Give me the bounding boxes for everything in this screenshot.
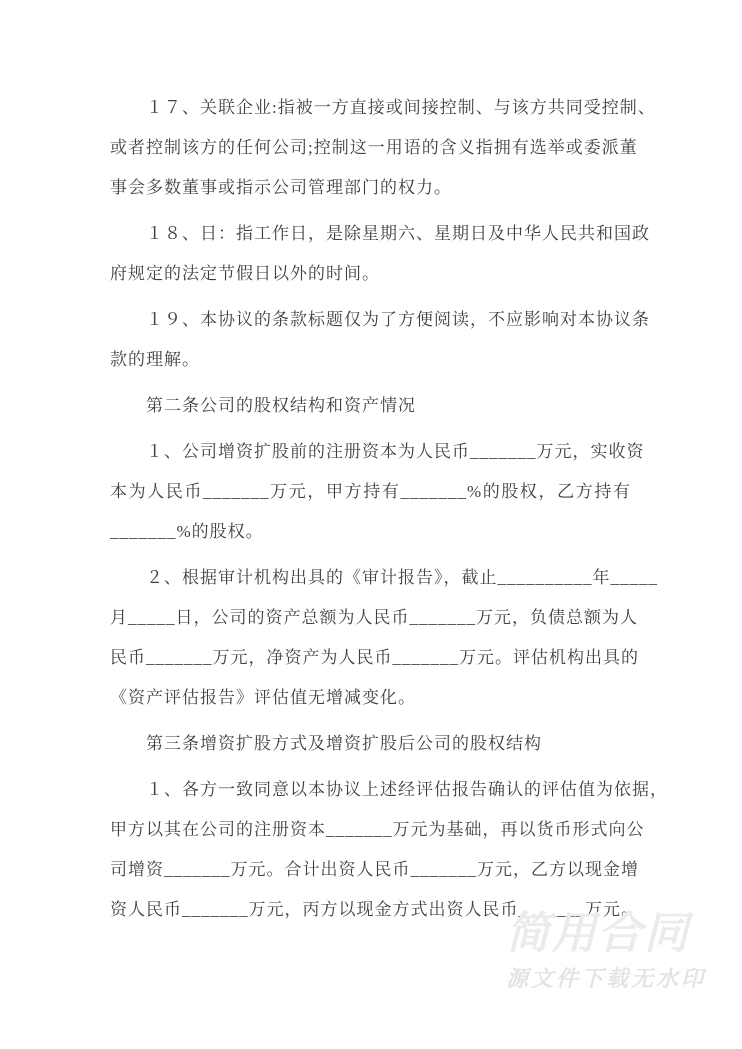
watermark-tagline: 源文件下载无水印 <box>506 967 726 991</box>
text-line: 甲方以其在公司的注册资本_______万元为基础，再以货币形式向公 <box>110 810 631 850</box>
section-heading-article-2: 第二条公司的股权结构和资产情况 <box>110 386 631 426</box>
text-line: _______%的股权。 <box>110 512 631 552</box>
text-line: 民币_______万元，净资产为人民币_______万元。评估机构出具的 <box>110 638 631 678</box>
text-line: １、公司增资扩股前的注册资本为人民币_______万元，实收资 <box>110 432 631 472</box>
text-line: 月_____日，公司的资产总额为人民币_______万元，负债总额为人 <box>110 598 631 638</box>
text-line: 款的理解。 <box>110 340 631 380</box>
text-line: １７、关联企业:指被一方直接或间接控制、与该方共同受控制、 <box>110 88 631 128</box>
text-line: 或者控制该方的任何公司;控制这一用语的含义指拥有选举或委派董 <box>110 128 631 168</box>
paragraph-article2-item-2: ２、根据审计机构出具的《审计报告》，截止__________年_____ 月__… <box>110 558 631 718</box>
contract-document-page: { "page": { "background_color": "#ffffff… <box>0 0 742 1049</box>
paragraph-article2-item-1: １、公司增资扩股前的注册资本为人民币_______万元，实收资 本为人民币___… <box>110 432 631 552</box>
text-line: 本为人民币_______万元，甲方持有_______%的股权，乙方持有 <box>110 472 631 512</box>
section-heading-text: 第二条公司的股权结构和资产情况 <box>110 386 631 426</box>
watermark: 简用合同 源文件下载无水印 <box>506 910 726 991</box>
paragraph-article3-item-1: １、各方一致同意以本协议上述经评估报告确认的评估值为依据， 甲方以其在公司的注册… <box>110 770 631 930</box>
paragraph-clause-18: １８、日：指工作日，是除星期六、星期日及中华人民共和国政 府规定的法定节假日以外… <box>110 214 631 294</box>
document-body: １７、关联企业:指被一方直接或间接控制、与该方共同受控制、 或者控制该方的任何公… <box>110 88 631 936</box>
text-line: 《资产评估报告》评估值无增减变化。 <box>110 678 631 718</box>
text-line: １９、本协议的条款标题仅为了方便阅读，不应影响对本协议条 <box>110 300 631 340</box>
text-line: 司增资_______万元。合计出资人民币_______万元，乙方以现金增 <box>110 850 631 890</box>
text-line: 事会多数董事或指示公司管理部门的权力。 <box>110 168 631 208</box>
text-line: １８、日：指工作日，是除星期六、星期日及中华人民共和国政 <box>110 214 631 254</box>
paragraph-clause-17: １７、关联企业:指被一方直接或间接控制、与该方共同受控制、 或者控制该方的任何公… <box>110 88 631 208</box>
text-line: １、各方一致同意以本协议上述经评估报告确认的评估值为依据， <box>110 770 631 810</box>
section-heading-text: 第三条增资扩股方式及增资扩股后公司的股权结构 <box>110 724 631 764</box>
paragraph-clause-19: １９、本协议的条款标题仅为了方便阅读，不应影响对本协议条 款的理解。 <box>110 300 631 380</box>
section-heading-article-3: 第三条增资扩股方式及增资扩股后公司的股权结构 <box>110 724 631 764</box>
watermark-logo-text: 简用合同 <box>506 910 726 958</box>
text-line: ２、根据审计机构出具的《审计报告》，截止__________年_____ <box>110 558 631 598</box>
text-line: 府规定的法定节假日以外的时间。 <box>110 254 631 294</box>
